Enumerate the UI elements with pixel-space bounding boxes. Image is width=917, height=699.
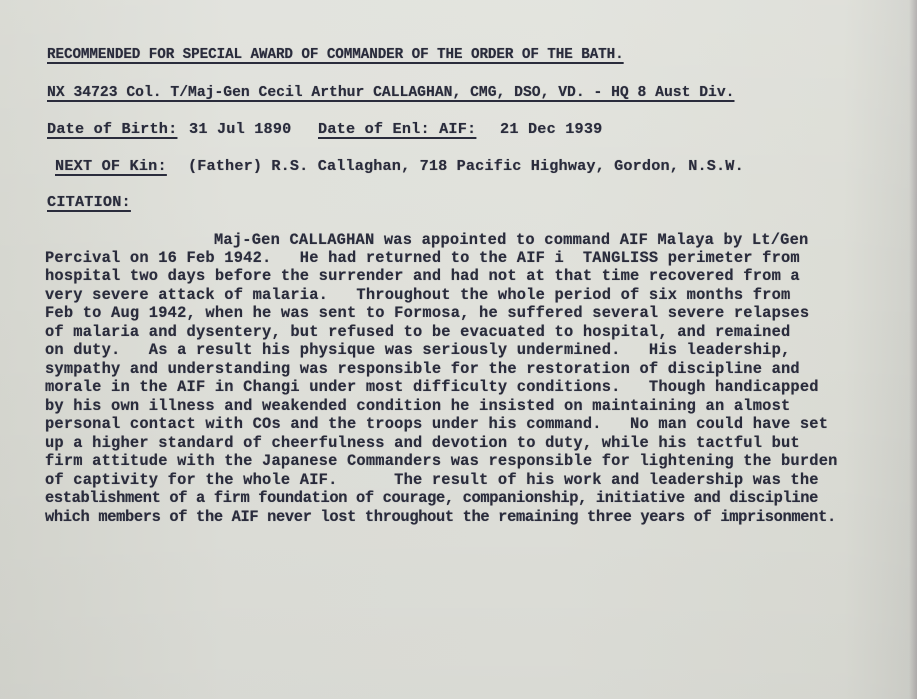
citation-line: of captivity for the whole AIF. The resu… — [45, 471, 819, 489]
citation-line: morale in the AIF in Changi under most d… — [45, 378, 819, 396]
citation-line: personal contact with COs and the troops… — [45, 415, 828, 433]
citation-line: which members of the AIF never lost thro… — [45, 508, 836, 526]
date-of-enlistment-label: Date of Enl: AIF: — [318, 120, 476, 138]
citation-line: by his own illness and weakended conditi… — [45, 397, 790, 415]
date-of-enlistment-value: 21 Dec 1939 — [500, 120, 602, 138]
citation-line: Maj-Gen CALLAGHAN was appointed to comma… — [214, 231, 808, 249]
citation-line: firm attitude with the Japanese Commande… — [45, 452, 838, 470]
date-of-birth-label: Date of Birth: — [47, 120, 177, 138]
citation-line: on duty. As a result his physique was se… — [45, 341, 790, 359]
citation-line: hospital two days before the surrender a… — [45, 267, 800, 285]
document-title: RECOMMENDED FOR SPECIAL AWARD OF COMMAND… — [47, 46, 624, 64]
citation-line: very severe attack of malaria. Throughou… — [45, 286, 790, 304]
citation-heading: CITATION: — [47, 193, 131, 211]
scanned-document-page: RECOMMENDED FOR SPECIAL AWARD OF COMMAND… — [0, 0, 917, 699]
citation-line: establishment of a firm foundation of co… — [45, 489, 818, 507]
citation-line: sympathy and understanding was responsib… — [45, 360, 800, 378]
next-of-kin-label: NEXT OF Kin: — [55, 157, 167, 175]
date-of-birth-value: 31 Jul 1890 — [189, 120, 291, 138]
citation-line: Percival on 16 Feb 1942. He had returned… — [45, 249, 800, 267]
citation-line: of malaria and dysentery, but refused to… — [45, 323, 790, 341]
subject-line: NX 34723 Col. T/Maj-Gen Cecil Arthur CAL… — [47, 84, 735, 102]
citation-line: up a higher standard of cheerfulness and… — [45, 434, 800, 452]
citation-line: Feb to Aug 1942, when he was sent to For… — [45, 304, 809, 322]
next-of-kin-value: (Father) R.S. Callaghan, 718 Pacific Hig… — [188, 157, 744, 175]
